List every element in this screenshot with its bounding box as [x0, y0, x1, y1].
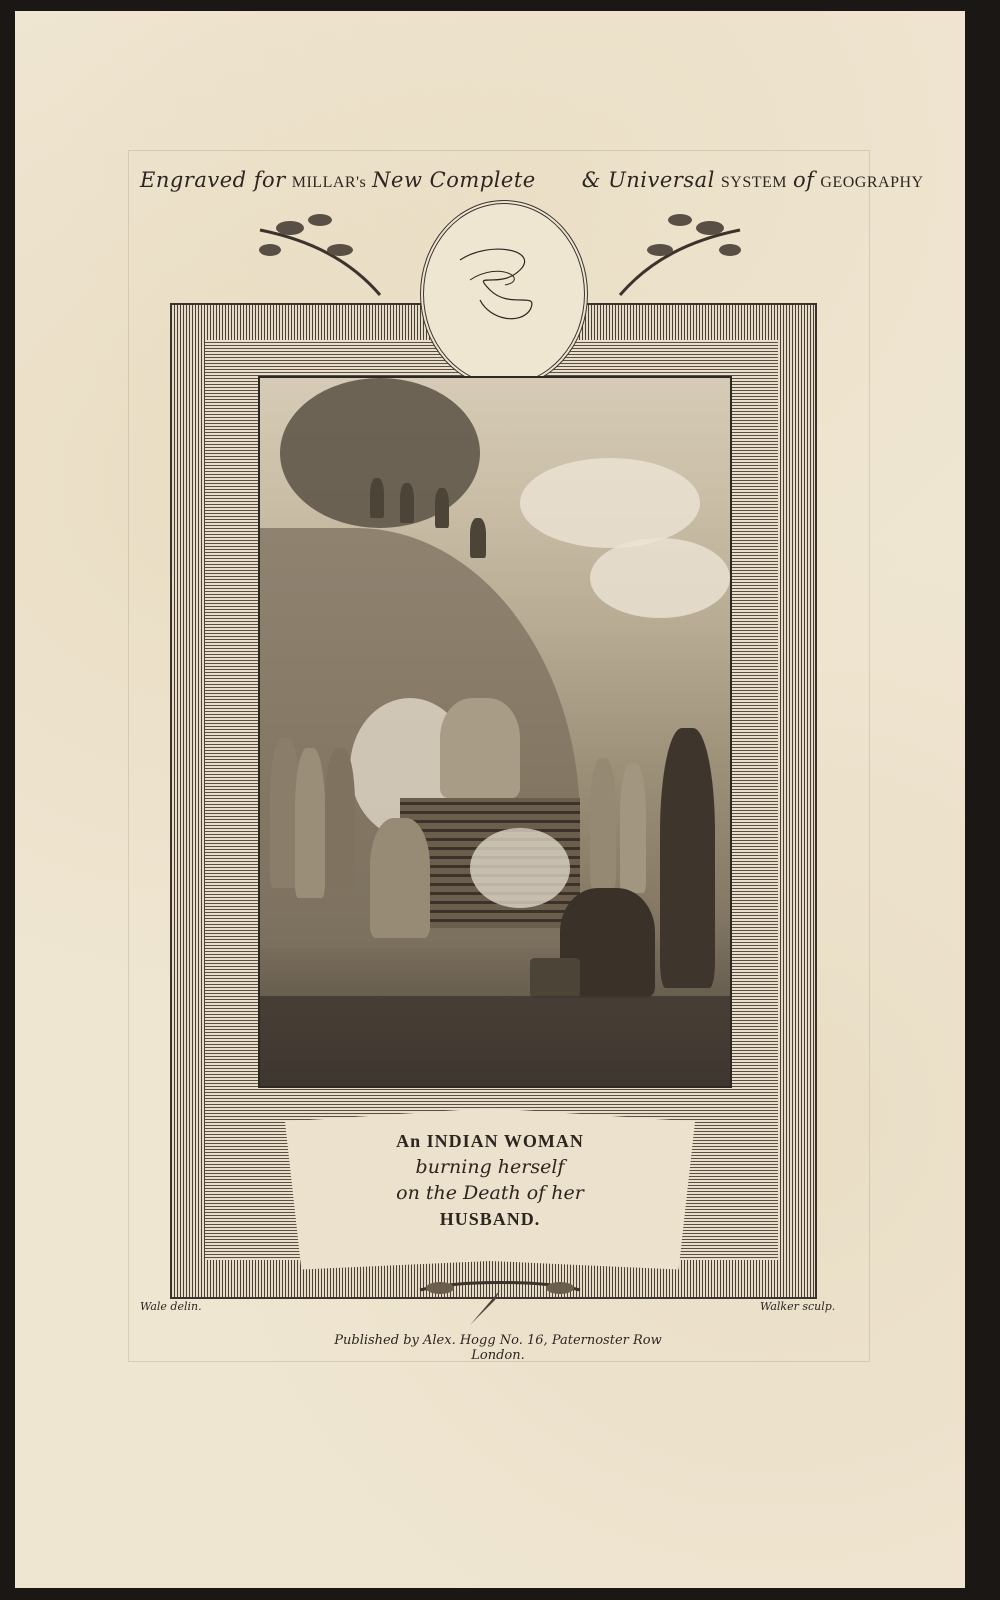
title-line-3: on the Death of her: [340, 1180, 640, 1206]
cloud: [520, 458, 700, 548]
title-line-2: burning herself: [340, 1154, 640, 1180]
publisher-line: Published by Alex. Hogg No. 16, Paternos…: [318, 1333, 678, 1363]
engraved-scene: [258, 376, 732, 1088]
header-universal: & Universal: [582, 168, 715, 192]
calligraphic-flourish-icon: [450, 240, 550, 330]
woman-on-pyre: [440, 698, 520, 798]
title-line-1: An INDIAN WOMAN: [340, 1128, 640, 1154]
credit-engraver: Walker sculp.: [760, 1300, 835, 1313]
figure-hilltop: [435, 488, 449, 528]
figure-hilltop: [400, 483, 414, 523]
mourner: [295, 748, 325, 898]
figure-hilltop: [470, 518, 486, 558]
standing-man: [660, 728, 715, 988]
kneeling-attendant: [370, 818, 430, 938]
header-engraved-for: Engraved for: [140, 168, 286, 192]
oak-leaves-left-icon: [250, 200, 390, 300]
header-new-complete: New Complete: [372, 168, 536, 192]
onlooker: [620, 763, 646, 893]
title-block: An INDIAN WOMAN burning herself on the D…: [340, 1128, 640, 1232]
credit-designer: Wale delin.: [140, 1300, 202, 1313]
ribbon-wreath-icon: [400, 1270, 600, 1330]
figure-hilltop: [370, 478, 384, 518]
header-millars: MILLAR's: [292, 174, 366, 192]
smoke: [470, 828, 570, 908]
header-of: of: [793, 168, 814, 192]
header-geography: GEOGRAPHY: [820, 174, 923, 192]
cloud: [590, 538, 730, 618]
basket: [530, 958, 580, 998]
title-line-4: HUSBAND.: [340, 1206, 640, 1232]
ground: [260, 996, 730, 1086]
header-system: SYSTEM: [721, 174, 787, 192]
onlooker: [590, 758, 616, 888]
oak-leaves-right-icon: [610, 200, 750, 300]
mourner: [325, 748, 355, 888]
